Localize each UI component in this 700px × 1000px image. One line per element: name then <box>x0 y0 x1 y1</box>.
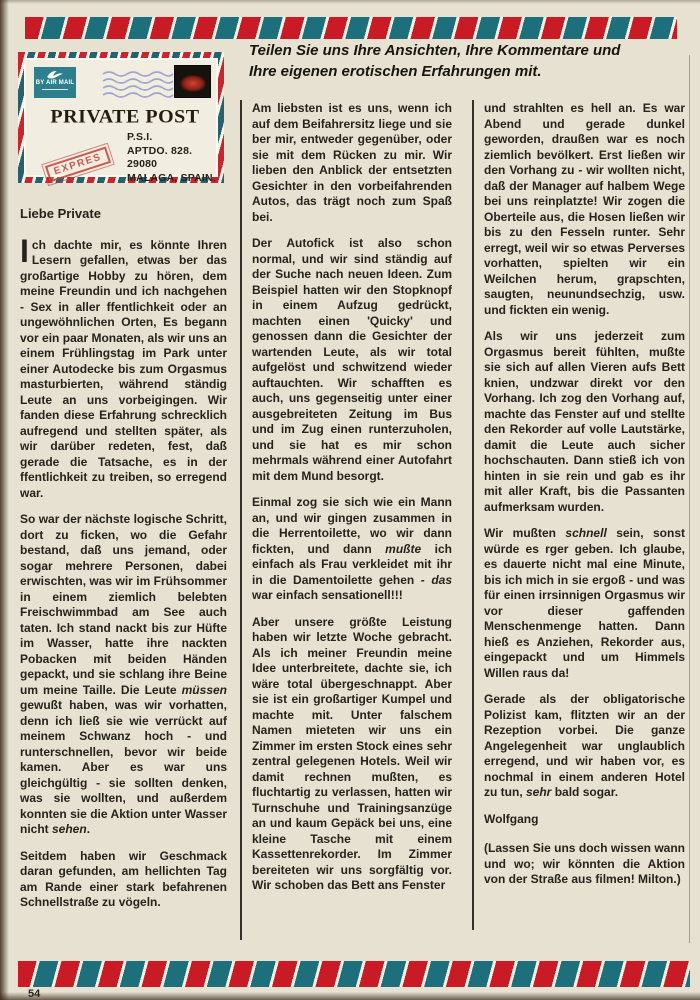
paragraph: Der Autofick ist also schon normal, und … <box>252 236 452 484</box>
signature: Wolfgang <box>484 812 685 828</box>
airmail-bird-icon <box>34 69 76 80</box>
envelope-title: PRIVATE POST <box>26 107 216 129</box>
headline-line-2: Ihre eigenen erotischen Erfahrungen mit. <box>249 61 693 82</box>
letter-column-2: Am liebsten ist es uns, wenn ich auf dem… <box>252 101 452 959</box>
paragraph: Aber unsere größte Leistung haben wir le… <box>252 615 452 894</box>
scan-edge-left <box>0 0 9 1000</box>
paragraph: So war der nächste logische Schritt, dor… <box>20 512 227 838</box>
paragraph: und strahlten es hell an. Es war Abend u… <box>484 101 685 318</box>
editor-note: (Lassen Sie uns doch wissen wann und wo;… <box>484 841 685 888</box>
column-divider-2 <box>472 100 474 930</box>
scan-edge-bottom <box>0 992 700 1000</box>
paragraph: Gerade als der obligatorische Polizist k… <box>484 692 685 801</box>
paragraph: Einmal zog sie sich wie ein Mann an, und… <box>252 495 452 604</box>
headline-line-1: Teilen Sie uns Ihre Ansichten, Ihre Komm… <box>249 40 693 61</box>
page-number: 54 <box>28 988 40 1000</box>
paragraph: Am liebsten ist es uns, wenn ich auf dem… <box>252 101 452 225</box>
express-stamp: EXPRES <box>45 147 111 183</box>
letter-column-1: Liebe PrivateIch dachte mir, es könnte I… <box>20 206 227 958</box>
paragraph: Als wir uns jederzeit zum Orgasmus berei… <box>484 329 685 515</box>
private-post-envelope: BY AIR MAIL PRIVATE POST P.S.I.APTDO. 82… <box>18 52 224 183</box>
paragraph: Ich dachte mir, es könnte Ihren Lesern g… <box>20 238 227 502</box>
address-line: P.S.I. <box>127 131 216 145</box>
postage-stamp <box>175 66 210 97</box>
paragraph: Wir mußten schnell sein, sonst würde es … <box>484 526 685 681</box>
salutation: Liebe Private <box>20 206 227 222</box>
column-divider-1 <box>240 100 242 940</box>
page-crease <box>689 55 690 943</box>
airmail-label: BY AIR MAIL <box>34 67 76 98</box>
airmail-label-rule <box>42 89 68 90</box>
address-line: MALAGA, SPAIN. <box>127 172 216 186</box>
page-headline: Teilen Sie uns Ihre Ansichten, Ihre Komm… <box>249 40 693 82</box>
airmail-stripe-top <box>25 17 677 39</box>
paragraph: Seitdem haben wir Geschmack daran gefund… <box>20 849 227 911</box>
letter-column-3: und strahlten es hell an. Es war Abend u… <box>484 101 685 959</box>
postage-stamp-art <box>178 69 207 94</box>
envelope-inner: BY AIR MAIL PRIVATE POST P.S.I.APTDO. 82… <box>24 58 218 177</box>
envelope-address: P.S.I.APTDO. 828.29080MALAGA, SPAIN. <box>127 131 216 185</box>
airmail-label-text: BY AIR MAIL <box>34 80 76 87</box>
address-line: 29080 <box>127 158 216 172</box>
postmark-wave-icon <box>102 69 174 103</box>
airmail-stripe-bottom <box>18 961 690 987</box>
address-line: APTDO. 828. <box>127 145 216 159</box>
scan-edge-top <box>0 0 700 4</box>
